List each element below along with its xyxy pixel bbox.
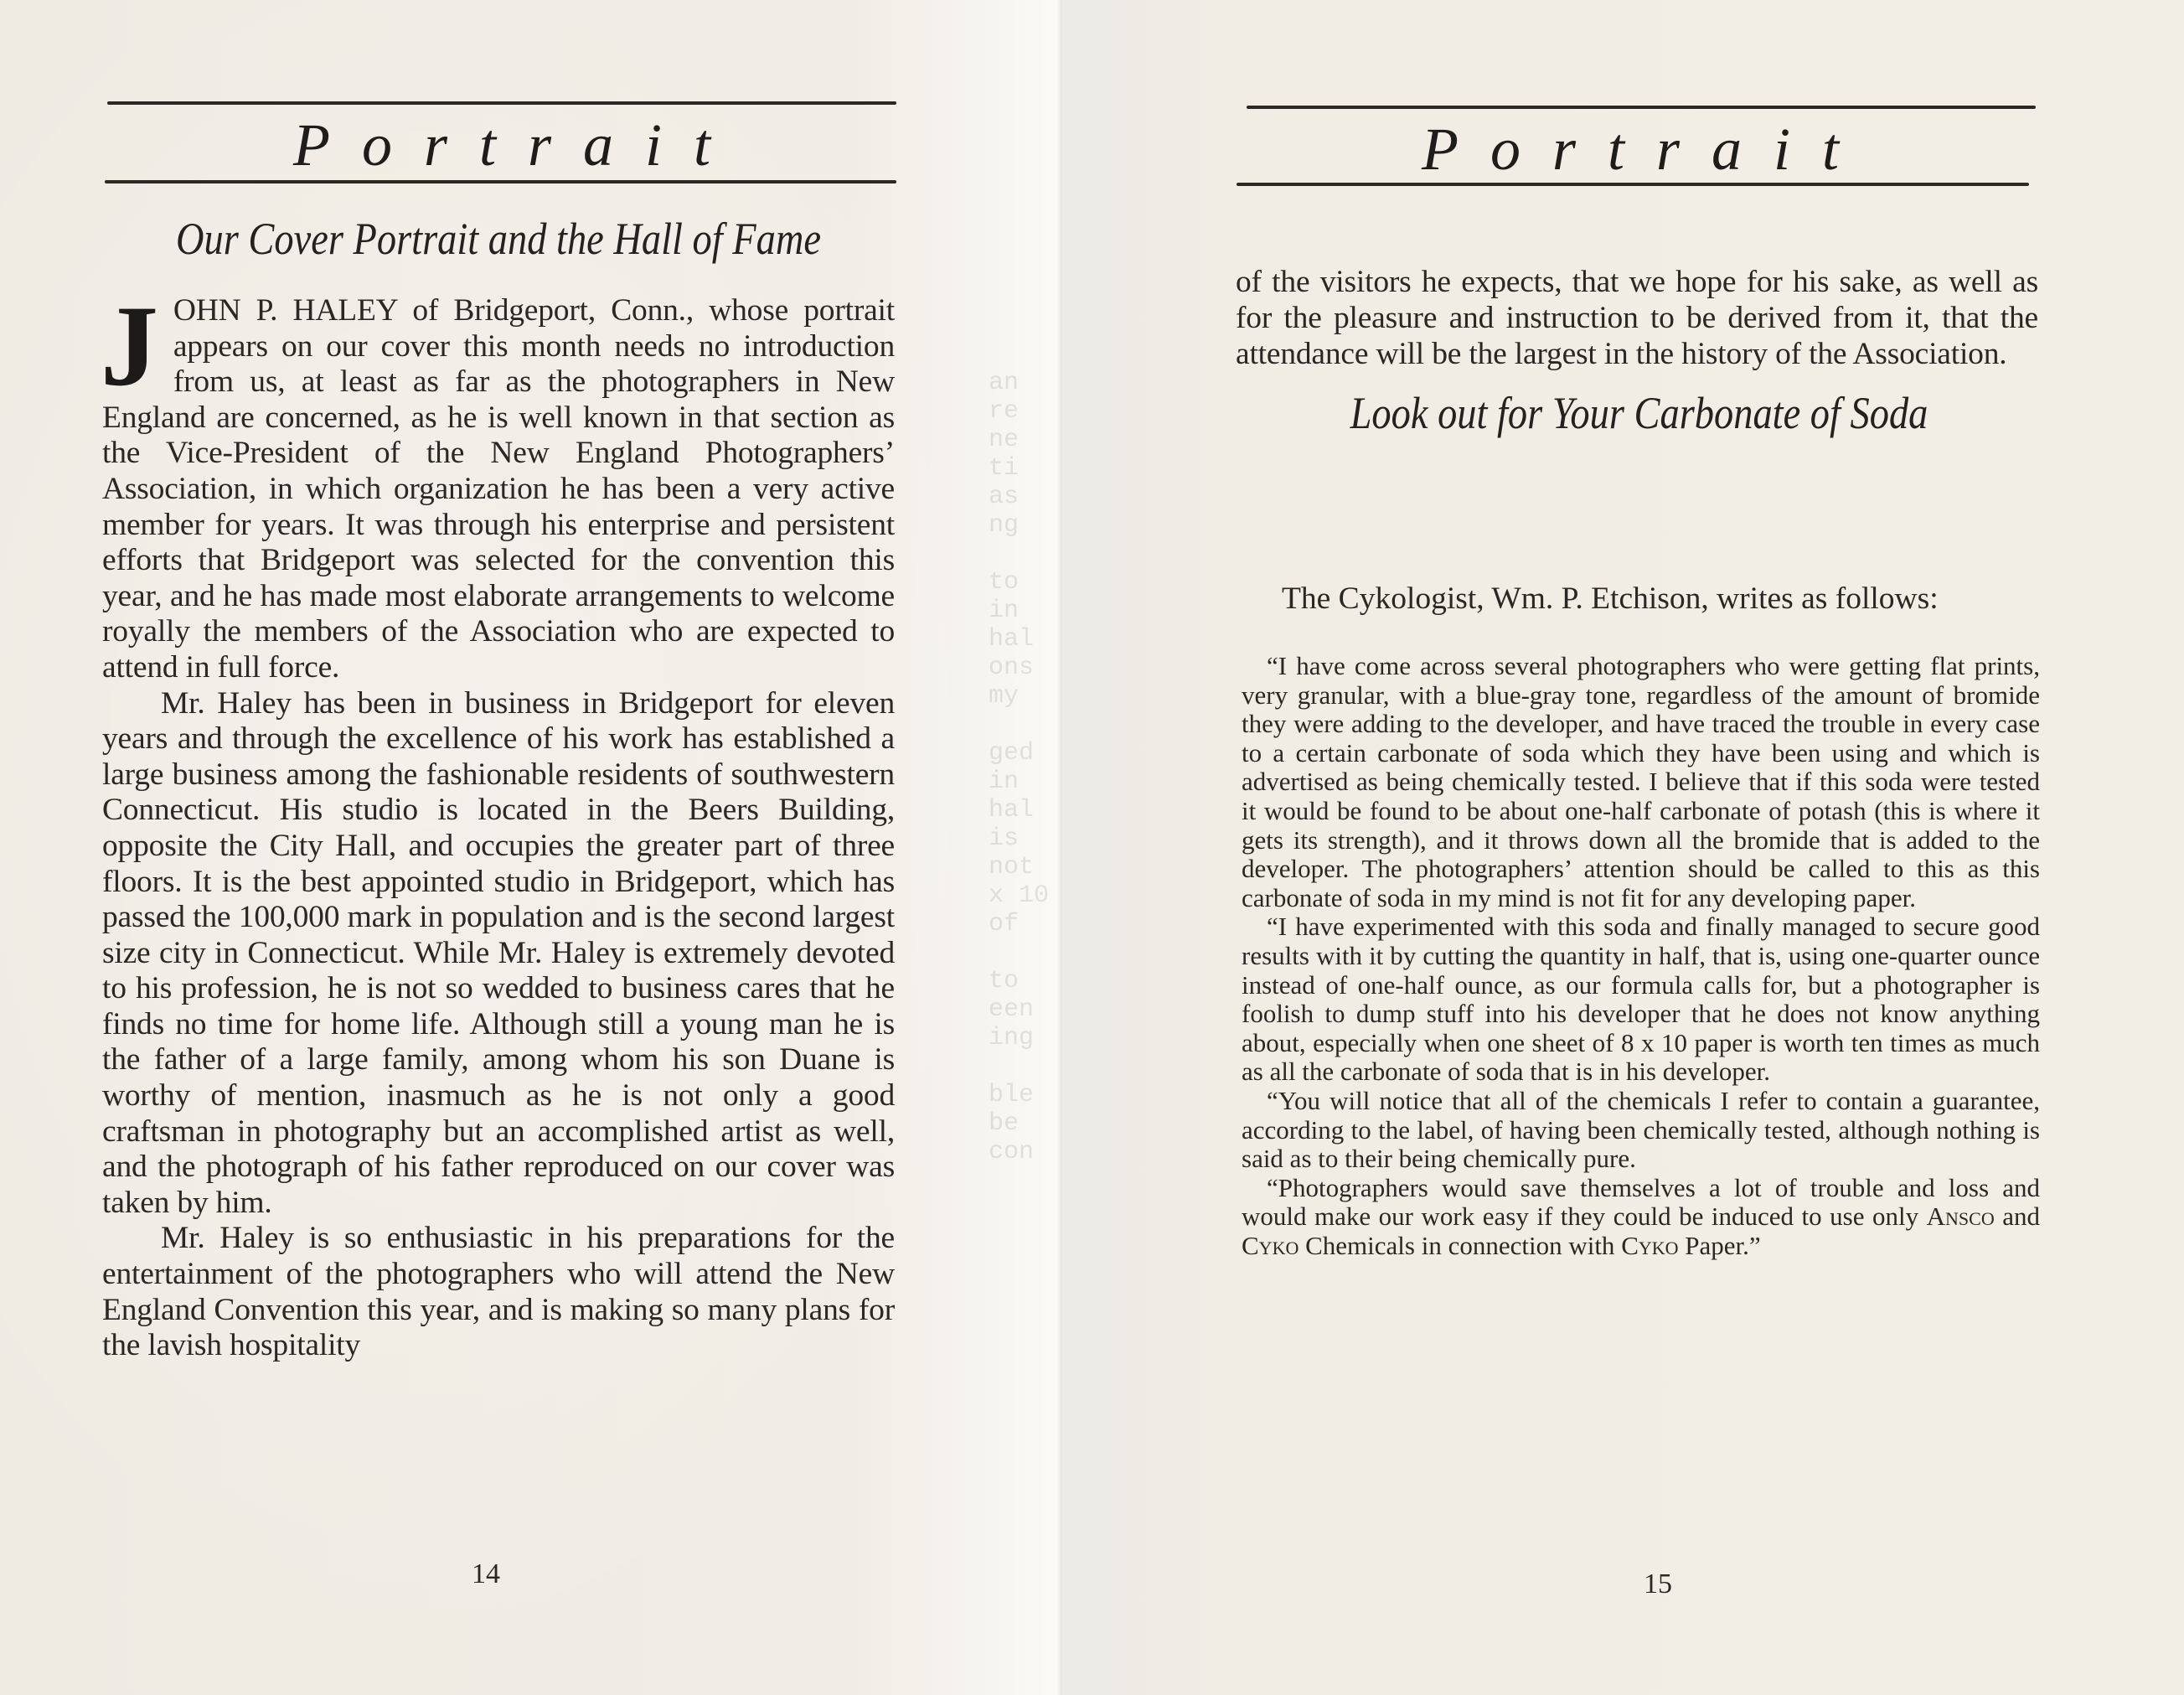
paragraph-text: of Bridgeport, Conn., whose portrait app…	[102, 293, 895, 685]
paragraph-text: “Photographers would save themselves a l…	[1242, 1173, 2040, 1232]
article-title-right: Look out for Your Carbonate of Soda	[1296, 390, 1983, 436]
paragraph: The Cykologist, Wm. P. Etchison, writes …	[1240, 581, 2038, 617]
letter-paragraph: “I have come across several photographer…	[1242, 652, 2040, 912]
paragraph-text: and	[1995, 1201, 2040, 1231]
paragraph-text: “I have come across several photographer…	[1242, 651, 2040, 912]
letter-paragraph: “I have experimented with this soda and …	[1242, 912, 2040, 1087]
brand-name: Cyko	[1242, 1231, 1299, 1260]
article-intro: The Cykologist, Wm. P. Etchison, writes …	[1240, 581, 2038, 617]
running-head-right: Portrait	[1236, 119, 2057, 179]
paragraph: Mr. Haley has been in business in Bridge…	[102, 686, 895, 1222]
article-title: Our Cover Portrait and the Hall of Fame	[157, 216, 839, 261]
paragraph: Mr. Haley is so enthusiastic in his prep…	[102, 1221, 895, 1363]
lead-name: OHN P. HALEY	[173, 293, 397, 328]
letter-paragraph: “You will notice that all of the chemica…	[1242, 1087, 2040, 1174]
header-rule-top-right	[1247, 106, 2036, 109]
letter-paragraph: “Photographers would save themselves a l…	[1242, 1174, 2040, 1261]
header-rule-bottom-right	[1237, 183, 2029, 186]
running-head: Portrait	[107, 115, 928, 175]
paragraph-text: “You will notice that all of the chemica…	[1242, 1086, 2040, 1173]
left-page: Portrait Our Cover Portrait and the Hall…	[0, 0, 1062, 1695]
paragraph-text: The Cykologist, Wm. P. Etchison, writes …	[1282, 581, 1939, 616]
paragraph-text: of the visitors he expects, that we hope…	[1236, 265, 2038, 371]
article-body: JOHN P. HALEY of Bridgeport, Conn., whos…	[102, 293, 895, 1364]
brand-name: Ansco	[1927, 1201, 1995, 1231]
paragraph-text: Chemicals in connection with	[1299, 1231, 1621, 1260]
paragraph-text: Mr. Haley is so enthusiastic in his prep…	[102, 1221, 895, 1362]
paragraph-text: Paper.”	[1679, 1231, 1761, 1260]
drop-cap: J	[101, 300, 158, 399]
header-rule-top	[107, 101, 896, 105]
book-spread: Portrait Our Cover Portrait and the Hall…	[0, 0, 2184, 1695]
brand-name: Cyko	[1621, 1231, 1678, 1260]
page-number-right: 15	[1644, 1570, 1672, 1599]
paragraph: of the visitors he expects, that we hope…	[1236, 264, 2038, 372]
page-number: 14	[472, 1560, 500, 1589]
paragraph-text: Mr. Haley has been in business in Bridge…	[102, 686, 895, 1220]
paragraph: JOHN P. HALEY of Bridgeport, Conn., whos…	[102, 293, 895, 686]
quoted-letter: “I have come across several photographer…	[1242, 652, 2040, 1260]
continued-text: of the visitors he expects, that we hope…	[1236, 264, 2038, 372]
header-rule-bottom	[105, 180, 896, 183]
paragraph-text: “I have experimented with this soda and …	[1242, 912, 2040, 1086]
